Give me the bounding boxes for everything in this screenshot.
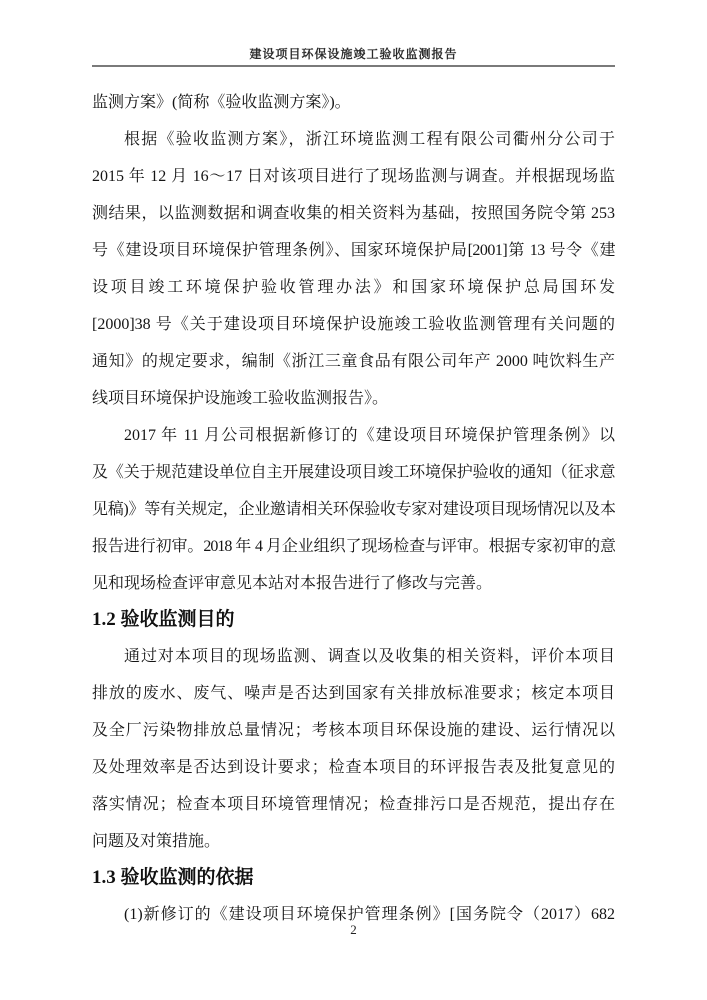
paragraph-continuation: 监测方案》(简称《验收监测方案》)。 bbox=[92, 84, 615, 121]
body-line: 落实情况；检查本项目环境管理情况；检查排污口是否规范，提出存在 bbox=[92, 786, 615, 823]
body-line: 排放的废水、废气、噪声是否达到国家有关排放标准要求；核定本项目 bbox=[92, 675, 615, 712]
paragraph-monitoring-purpose: 通过对本项目的现场监测、调查以及收集的相关资料，评价本项目 排放的废水、废气、噪… bbox=[92, 638, 615, 860]
body-line: 报告进行初审。2018 年 4 月企业组织了现场检查与评审。根据专家初审的意 bbox=[92, 528, 615, 565]
body-line: 线项目环境保护设施竣工验收监测报告》。 bbox=[92, 380, 615, 417]
body-line: 2015 年 12 月 16～17 日对该项目进行了现场监测与调查。并根据现场监 bbox=[92, 158, 615, 195]
body-line: 设项目竣工环境保护验收管理办法》和国家环境保护总局国环发 bbox=[92, 269, 615, 306]
page-number: 2 bbox=[0, 922, 707, 938]
document-page: 建设项目环保设施竣工验收监测报告 监测方案》(简称《验收监测方案》)。 根据《验… bbox=[0, 0, 707, 1000]
section-heading-1-3: 1.3 验收监测的依据 bbox=[92, 860, 615, 896]
body-line: 通过对本项目的现场监测、调查以及收集的相关资料，评价本项目 bbox=[92, 638, 615, 675]
body-line: 根据《验收监测方案》，浙江环境监测工程有限公司衢州分公司于 bbox=[92, 121, 615, 158]
body-line: [2000]38 号《关于建设项目环境保护设施竣工验收监测管理有关问题的 bbox=[92, 306, 615, 343]
body-line: 见稿)》等有关规定，企业邀请相关环保验收专家对建设项目现场情况以及本 bbox=[92, 491, 615, 528]
page-header-title: 建设项目环保设施竣工验收监测报告 bbox=[92, 46, 615, 62]
paragraph-review-2017: 2017 年 11 月公司根据新修订的《建设项目环境保护管理条例》以 及《关于规… bbox=[92, 417, 615, 602]
document-body: 监测方案》(简称《验收监测方案》)。 根据《验收监测方案》，浙江环境监测工程有限… bbox=[92, 84, 615, 933]
body-line: 号《建设项目环境保护管理条例》、国家环境保护局[2001]第 13 号令《建 bbox=[92, 232, 615, 269]
body-line: 及处理效率是否达到设计要求；检查本项目的环评报告表及批复意见的 bbox=[92, 749, 615, 786]
body-line: 及全厂污染物排放总量情况；考核本项目环保设施的建设、运行情况以 bbox=[92, 712, 615, 749]
paragraph-monitoring-basis: 根据《验收监测方案》，浙江环境监测工程有限公司衢州分公司于 2015 年 12 … bbox=[92, 121, 615, 417]
body-line: 见和现场检查评审意见本站对本报告进行了修改与完善。 bbox=[92, 565, 615, 602]
header-rule bbox=[92, 65, 615, 67]
body-line: 测结果，以监测数据和调查收集的相关资料为基础，按照国务院令第 253 bbox=[92, 195, 615, 232]
body-line: 问题及对策措施。 bbox=[92, 823, 615, 860]
body-line: 通知》的规定要求，编制《浙江三童食品有限公司年产 2000 吨饮料生产 bbox=[92, 343, 615, 380]
body-line: 及《关于规范建设单位自主开展建设项目竣工环境保护验收的通知（征求意 bbox=[92, 454, 615, 491]
body-line: 监测方案》(简称《验收监测方案》)。 bbox=[92, 84, 615, 121]
body-line: 2017 年 11 月公司根据新修订的《建设项目环境保护管理条例》以 bbox=[92, 417, 615, 454]
section-heading-1-2: 1.2 验收监测目的 bbox=[92, 602, 615, 638]
